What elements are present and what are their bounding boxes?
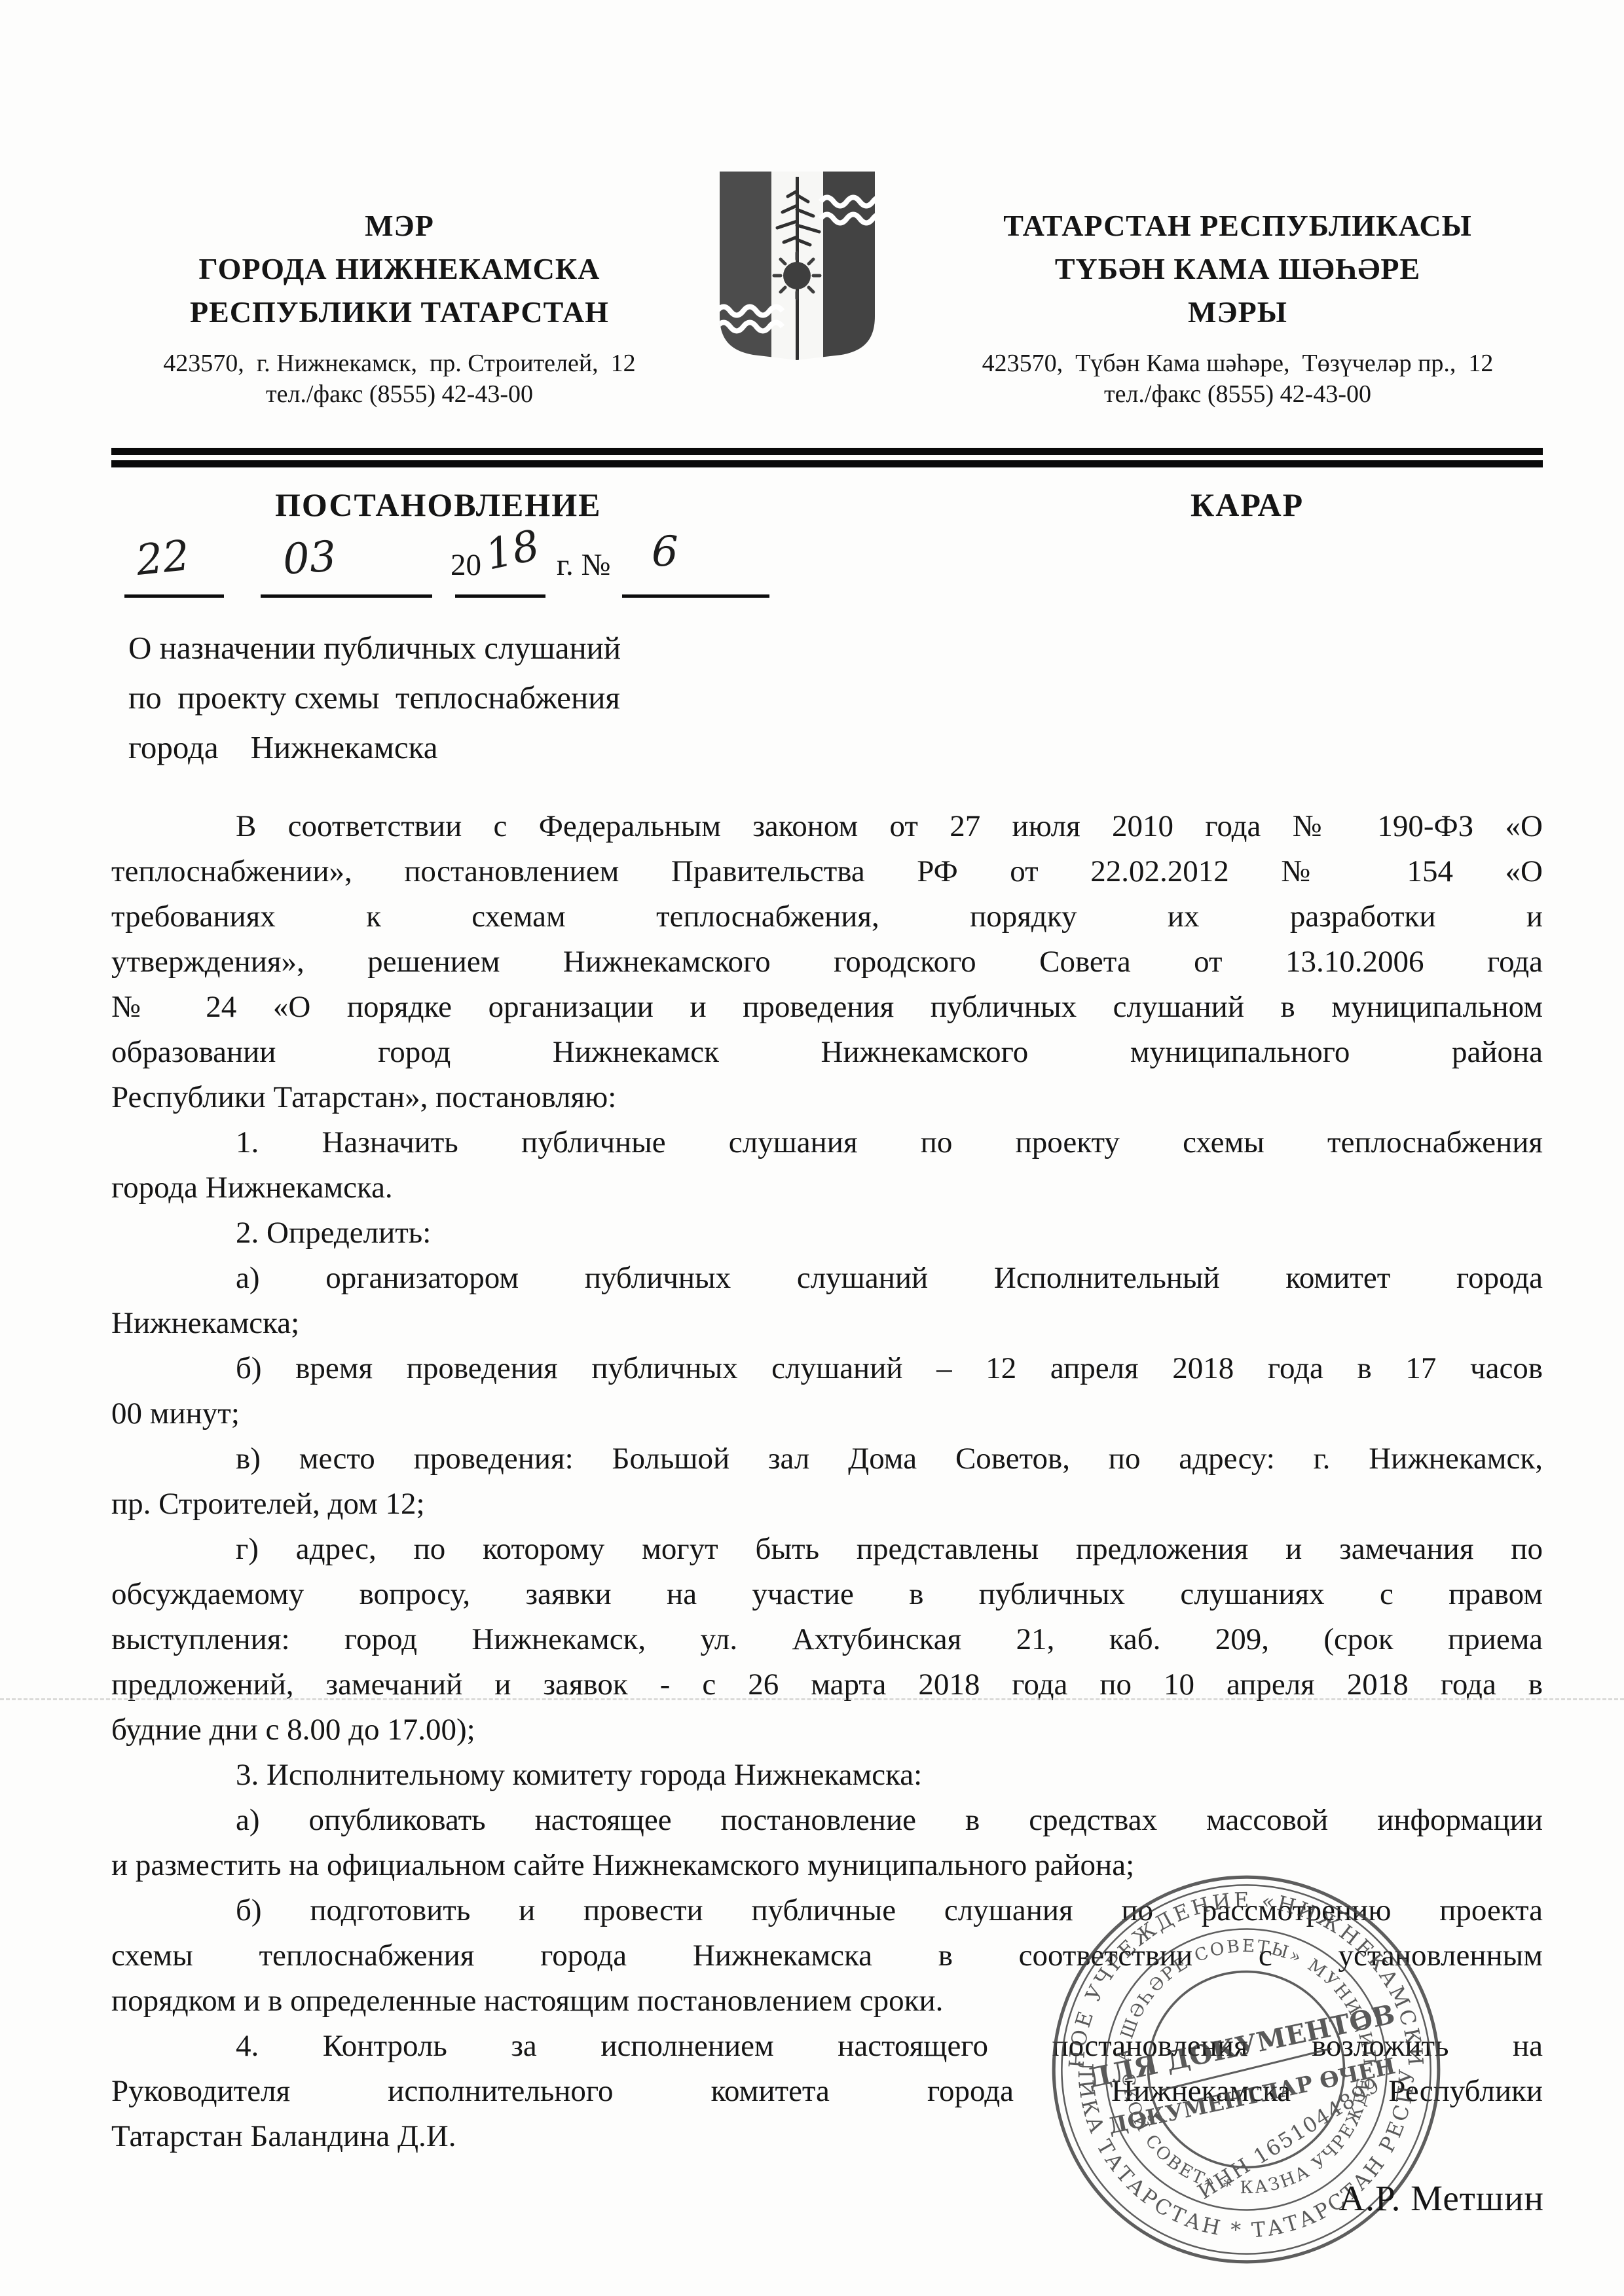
body-line: предложений, замечаний и заявок - с 26 м… [111,1662,1543,1707]
org-title-line: ТҮБӘН КАМА ШӘҺӘРЕ [927,247,1549,291]
number-label: г. № [557,547,610,583]
org-phone: тел./факс (8555) 42-43-00 [927,379,1549,410]
body-line: утверждения», решением Нижнекамского гор… [111,939,1543,985]
coat-of-arms-icon [710,169,884,362]
date-number-line: 22 03 20 18 г. № 6 [124,532,943,617]
signature-name: А.Р. Метшин [1338,2178,1544,2219]
scan-artifact-line [0,1698,1624,1700]
body-line: 2. Определить: [111,1211,1543,1256]
handwritten-month: 03 [282,532,338,585]
letterhead-divider [111,448,1543,467]
body-line: города Нижнекамска. [111,1165,1543,1211]
date-underline [261,594,432,598]
body-line: 3. Исполнительному комитету города Нижне… [111,1753,1543,1798]
org-address: 423570, г. Нижнекамск, пр. Строителей, 1… [115,348,684,379]
doc-type-russian: ПОСТАНОВЛЕНИЕ [275,486,601,524]
org-title-line: ТАТАРСТАН РЕСПУБЛИКАСЫ [927,204,1549,247]
body-line: а) организатором публичных слушаний Испо… [111,1256,1543,1301]
org-address: 423570, Түбән Кама шәһәре, Төзүчеләр пр.… [927,348,1549,379]
number-underline [622,594,769,598]
letterhead-left: МЭР ГОРОДА НИЖНЕКАМСКА РЕСПУБЛИКИ ТАТАРС… [115,204,684,410]
body-line: Нижнекамска; [111,1301,1543,1346]
org-title-line: МЭРЫ [927,291,1549,334]
subject-line: по проекту схемы теплоснабжения [128,673,947,723]
body-line: будние дни с 8.00 до 17.00); [111,1707,1543,1753]
org-title-line: МЭР [115,204,684,247]
body-line: Республики Татарстан», постановляю: [111,1075,1543,1120]
letterhead-right: ТАТАРСТАН РЕСПУБЛИКАСЫ ТҮБӘН КАМА ШӘҺӘРЕ… [927,204,1549,410]
org-title-line: РЕСПУБЛИКИ ТАТАРСТАН [115,291,684,334]
body-line: обсуждаемому вопросу, заявки на участие … [111,1572,1543,1617]
body-line: а) опубликовать настоящее постановление … [111,1798,1543,1843]
subject-line: города Нижнекамска [128,723,947,773]
body-line: № 24 «О порядке организации и проведения… [111,985,1543,1030]
scanned-decree-page: МЭР ГОРОДА НИЖНЕКАМСКА РЕСПУБЛИКИ ТАТАРС… [0,0,1624,2296]
body-line: пр. Строителей, дом 12; [111,1482,1543,1527]
subject-block: О назначении публичных слушанийпо проект… [128,623,947,773]
body-line: г) адрес, по которому могут быть предста… [111,1527,1543,1572]
body-line: 1. Назначить публичные слушания по проек… [111,1120,1543,1165]
date-underline [455,594,545,598]
date-underline [124,594,224,598]
body-line: 00 минут; [111,1391,1543,1436]
year-prefix: 20 [451,547,481,583]
handwritten-day: 22 [134,532,192,585]
body-line: выступления: город Нижнекамск, ул. Ахтуб… [111,1617,1543,1662]
body-line: требованиях к схемам теплоснабжения, пор… [111,894,1543,939]
letterhead-right-titles: ТАТАРСТАН РЕСПУБЛИКАСЫ ТҮБӘН КАМА ШӘҺӘРЕ… [927,204,1549,334]
org-title-line: ГОРОДА НИЖНЕКАМСКА [115,247,684,291]
doc-type-tatar: КАРАР [1190,486,1304,524]
body-line: б) время проведения публичных слушаний –… [111,1346,1543,1391]
body-line: В соответствии с Федеральным законом от … [111,804,1543,849]
letterhead-left-titles: МЭР ГОРОДА НИЖНЕКАМСКА РЕСПУБЛИКИ ТАТАРС… [115,204,684,334]
org-phone: тел./факс (8555) 42-43-00 [115,379,684,410]
body-line: теплоснабжении», постановлением Правител… [111,849,1543,894]
subject-line: О назначении публичных слушаний [128,623,947,673]
handwritten-year: 18 [481,521,544,579]
body-line: образовании город Нижнекамск Нижнекамско… [111,1030,1543,1075]
handwritten-number: 6 [652,528,678,576]
body-line: в) место проведения: Большой зал Дома Со… [111,1436,1543,1482]
